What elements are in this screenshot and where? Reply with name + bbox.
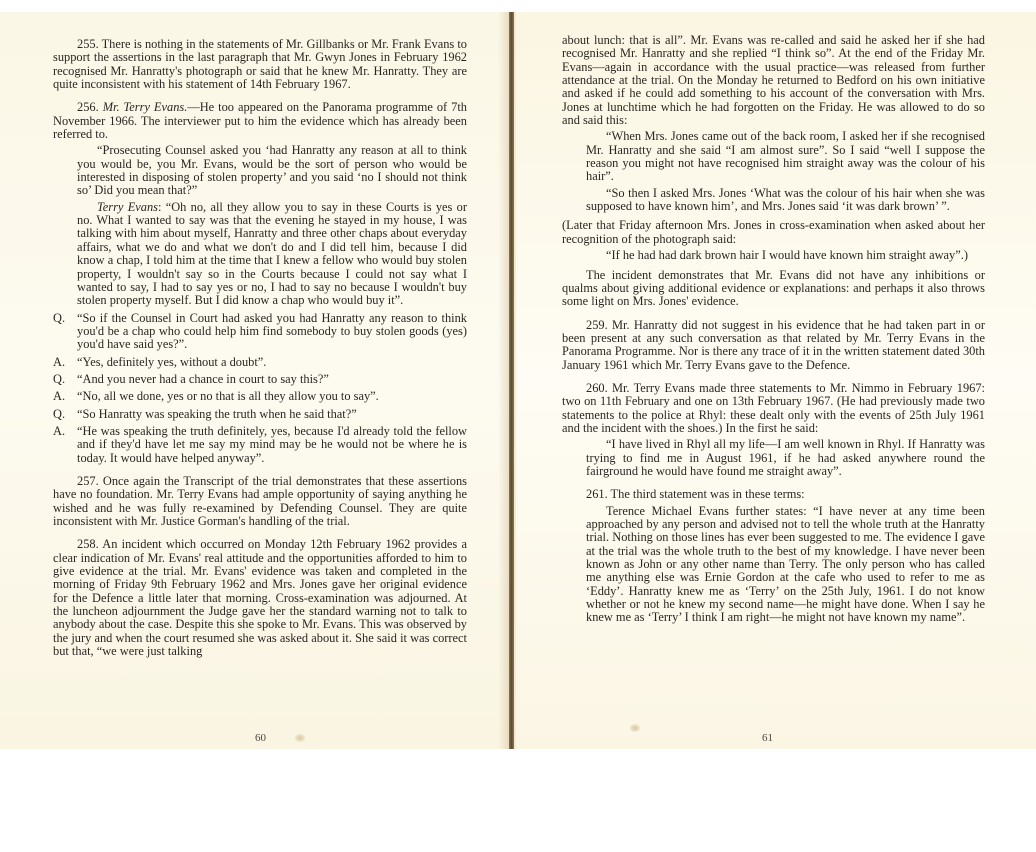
quote-rhyl-statement: “I have lived in Rhyl all my life—I am w… <box>586 438 985 478</box>
qa-item: Q.“And you never had a chance in court t… <box>53 373 467 386</box>
quote-evans-recall-2: “So then I asked Mrs. Jones ‘What was th… <box>586 187 985 214</box>
paragraph-260: 260. Mr. Terry Evans made three statemen… <box>562 382 985 435</box>
quote-prosecuting-counsel: “Prosecuting Counsel asked you ‘had Hanr… <box>77 144 467 197</box>
quote-mrs-jones: “If he had had dark brown hair I would h… <box>586 249 985 262</box>
qa-tag: A. <box>53 356 77 369</box>
paragraph-256-heading: Mr. Terry Evans. <box>103 100 188 114</box>
qa-text: “He was speaking the truth definitely, y… <box>77 425 467 465</box>
paragraph-256-number: 256. <box>77 100 99 114</box>
paragraph-258-continued: about lunch: that is all”. Mr. Evans was… <box>562 34 985 127</box>
book-spine <box>509 12 514 749</box>
qa-item: A.“No, all we done, yes or no that is al… <box>53 390 467 403</box>
speaker-name: Terry Evans <box>97 200 158 214</box>
qa-item: Q.“So if the Counsel in Court had asked … <box>53 312 467 352</box>
qa-tag: Q. <box>53 312 77 352</box>
quote-third-statement: Terence Michael Evans further states: “I… <box>586 505 985 625</box>
paragraph-255: 255. There is nothing in the statements … <box>53 38 467 91</box>
paragraph-257: 257. Once again the Transcript of the tr… <box>53 475 467 528</box>
incident-conclusion: The incident demonstrates that Mr. Evans… <box>562 269 985 309</box>
paragraph-258: 258. An incident which occurred on Monda… <box>53 538 467 658</box>
qa-item: A.“He was speaking the truth definitely,… <box>53 425 467 465</box>
qa-item: Q.“So Hanratty was speaking the truth wh… <box>53 408 467 421</box>
cross-examination-note: (Later that Friday afternoon Mrs. Jones … <box>562 219 985 246</box>
left-page-text: 255. There is nothing in the statements … <box>53 38 467 658</box>
paper-stain <box>630 724 640 732</box>
qa-tag: A. <box>53 390 77 403</box>
page-number: 60 <box>255 732 266 744</box>
page-number: 61 <box>762 732 773 744</box>
book-spread: 255. There is nothing in the statements … <box>0 12 1036 749</box>
qa-text: “Yes, definitely yes, without a doubt”. <box>77 356 467 369</box>
qa-item: A.“Yes, definitely yes, without a doubt”… <box>53 356 467 369</box>
qa-text: “So if the Counsel in Court had asked yo… <box>77 312 467 352</box>
paper-stain <box>295 734 305 742</box>
quote-evans-recall-1: “When Mrs. Jones came out of the back ro… <box>586 130 985 183</box>
qa-tag: Q. <box>53 373 77 386</box>
paragraph-259: 259. Mr. Hanratty did not suggest in his… <box>562 319 985 372</box>
qa-text: “No, all we done, yes or no that is all … <box>77 390 467 403</box>
right-page-text: about lunch: that is all”. Mr. Evans was… <box>562 34 985 625</box>
qa-tag: A. <box>53 425 77 465</box>
qa-tag: Q. <box>53 408 77 421</box>
qa-text: “And you never had a chance in court to … <box>77 373 467 386</box>
quote-terry-evans: Terry Evans: “Oh no, all they allow you … <box>77 201 467 308</box>
qa-text: “So Hanratty was speaking the truth when… <box>77 408 467 421</box>
paragraph-261: 261. The third statement was in these te… <box>562 488 985 501</box>
right-page: about lunch: that is all”. Mr. Evans was… <box>516 12 1036 749</box>
paragraph-256: 256. Mr. Terry Evans.—He too appeared on… <box>53 101 467 141</box>
left-page: 255. There is nothing in the statements … <box>0 12 511 749</box>
quote-terry-evans-text: : “Oh no, all they allow you to say in t… <box>77 200 467 307</box>
